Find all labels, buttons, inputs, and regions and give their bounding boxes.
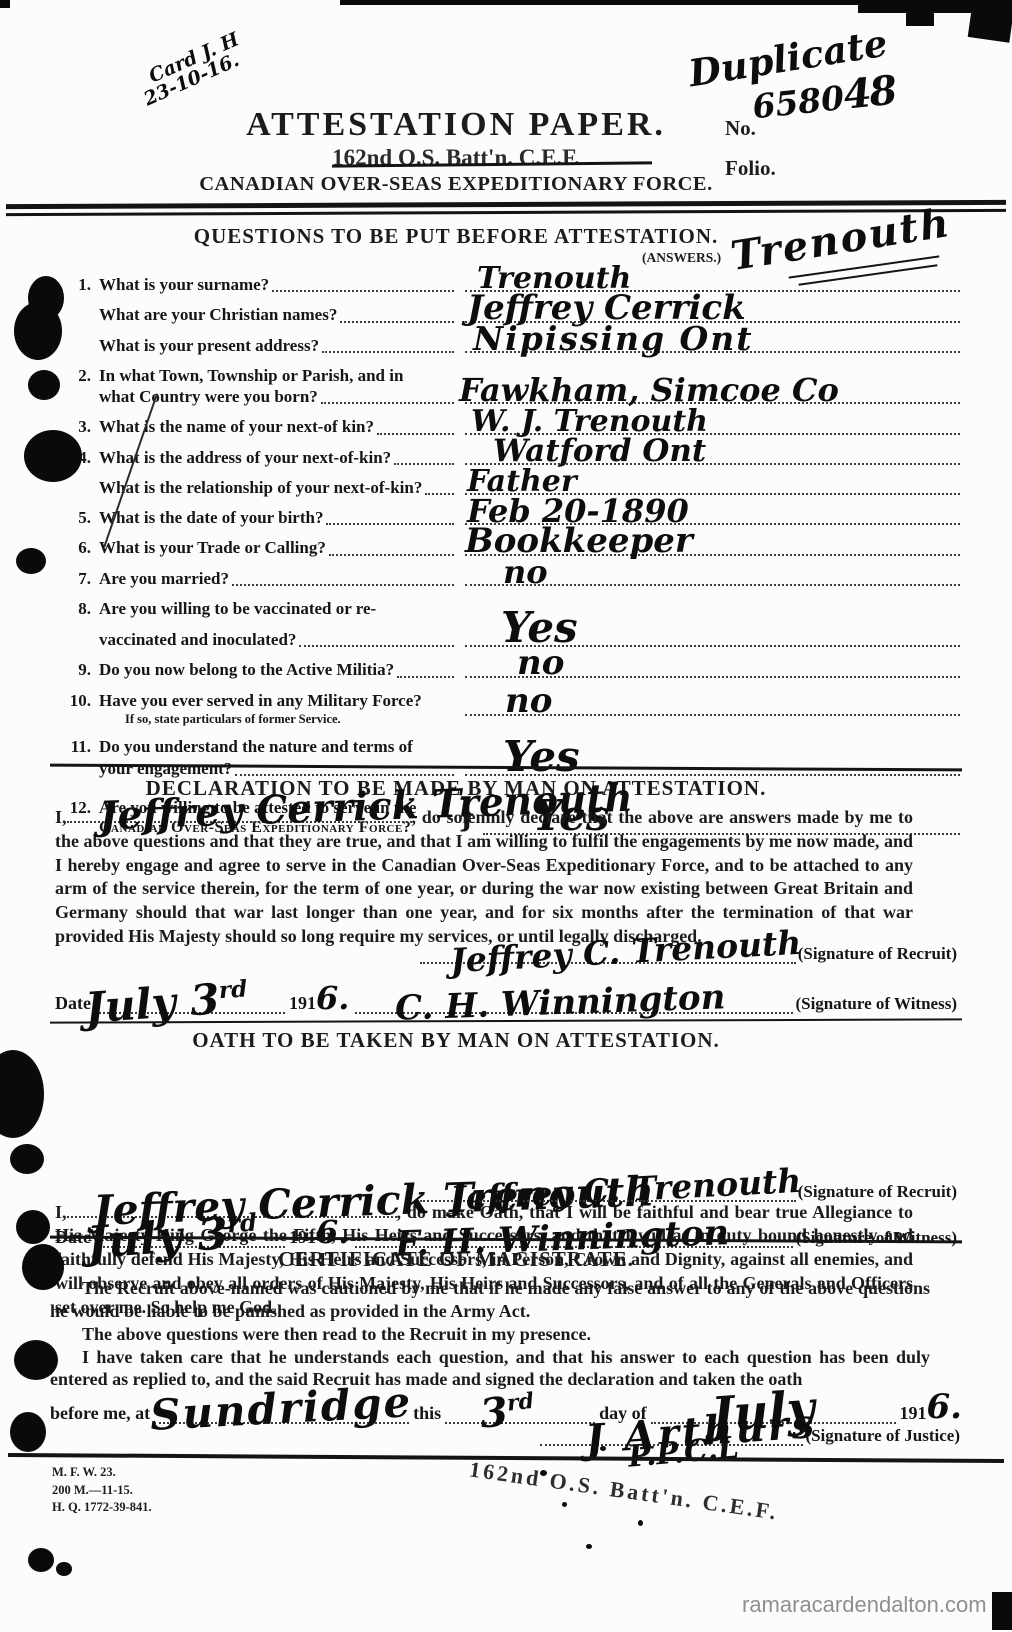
ink-speck <box>540 1470 547 1476</box>
declaration-bold-phrase: Canadian Over-Seas Expeditionary Force, <box>381 855 709 875</box>
justice-signature-label: (Signature of Justice) <box>803 1426 960 1446</box>
ink-blot <box>10 1144 44 1174</box>
answer-engagement: Yes <box>503 736 580 778</box>
answer-line: Nipissing Ont <box>465 343 960 353</box>
ink-blot <box>22 1244 64 1290</box>
question-row-married: 7.Are you married? no <box>55 568 960 589</box>
question-row-militia: 9.Do you now belong to the Active Militi… <box>55 659 960 680</box>
year-prefix: 191 <box>289 993 316 1014</box>
question-number: 5. <box>55 507 99 528</box>
ink-speck <box>586 1544 592 1549</box>
question-text: Are you married? <box>99 568 229 589</box>
date-line: July 3rd <box>95 1004 285 1014</box>
oath-heading: OATH TO BE TAKEN BY MAN ON ATTESTATION. <box>0 1028 912 1053</box>
justice-signature-row: J Arthurs (Signature of Justice) <box>540 1426 960 1446</box>
question-row-engagement: 11.Do you understand the nature and term… <box>55 736 960 779</box>
declaration-recruit-signature-row: Jeffrey C. Trenouth (Signature of Recrui… <box>420 944 957 964</box>
question-text: What is the address of your next-of-kin? <box>99 447 391 468</box>
dotted-leader <box>321 402 454 404</box>
question-text: What is your surname? <box>99 274 269 295</box>
dotted-leader <box>272 290 454 292</box>
signature-line: Jeffrey C. Trenouth <box>420 954 796 964</box>
declaration-date-row: Date July 3rd 1916. C. H. Winnington (Si… <box>55 982 957 1014</box>
question-row-address: What is your present address? Nipissing … <box>55 335 960 356</box>
magistrate-para2: The above questions were then read to th… <box>50 1323 930 1346</box>
magistrate-paragraphs: The Recruit above-named was cautioned by… <box>50 1277 930 1391</box>
answer-birthplace: Fawkham, Simcoe Co <box>459 374 839 406</box>
recruit-signature-label: (Signature of Recruit) <box>796 944 957 964</box>
magistrate-heading: CERTIFICATE OF MAGISTRATE. <box>0 1247 912 1272</box>
answers-label: (ANSWERS.) <box>642 250 721 266</box>
battalion-line: 162nd O.S. Batt'n. C.E.F. <box>0 145 912 171</box>
dotted-leader <box>329 554 454 556</box>
question-text: What is your present address? <box>99 335 319 356</box>
answer-line: Fawkham, Simcoe Co <box>465 394 960 404</box>
ink-blot <box>16 1210 50 1244</box>
question-text-line2: vaccinated and inoculated? <box>99 629 296 650</box>
scan-edge-artifact <box>992 1592 1012 1630</box>
question-text: Do you understand the nature and terms o… <box>99 736 413 757</box>
ink-speck <box>638 1520 643 1526</box>
answer-married: no <box>503 556 548 588</box>
answer-address: Nipissing Ont <box>473 322 754 355</box>
witness-signature-label: (Signature of Witness) <box>793 1228 957 1248</box>
answer-trade: Bookkeeper <box>465 524 693 558</box>
dotted-leader <box>299 645 454 647</box>
dotted-leader <box>322 351 454 353</box>
ink-speck <box>562 1502 567 1507</box>
scan-edge-artifact <box>0 0 10 8</box>
declaration-i-label: I, <box>55 807 67 827</box>
answer-militia: no <box>517 646 564 680</box>
this-label: this <box>413 1403 441 1424</box>
oath-recruit-signature-row: Jeffrey C. Trenouth (Signature of Recrui… <box>420 1182 957 1202</box>
ink-blot <box>16 548 46 574</box>
question-text: What is the name of your next-of kin? <box>99 416 374 437</box>
clerk-note: Card J. H 23-10-16. <box>146 30 249 104</box>
ink-blot <box>14 302 62 360</box>
question-text: What is the relationship of your next-of… <box>99 477 422 498</box>
dotted-leader <box>425 493 454 495</box>
oath-date-row: Date July 3rd 1916. F. H. Winnington (Si… <box>55 1216 957 1248</box>
question-text: What is the date of your birth? <box>99 507 323 528</box>
question-row-military-service: 10.Have you ever served in any Military … <box>55 690 960 728</box>
answer-military-service: no <box>505 684 552 718</box>
question-row-birthplace: 2.In what Town, Township or Parish, and … <box>55 365 960 408</box>
page-title: ATTESTATION PAPER. <box>0 106 912 144</box>
answer-kin-name: W. J. Trenouth <box>471 407 708 437</box>
scan-edge-artifact <box>968 1 1012 42</box>
dotted-leader <box>340 321 454 323</box>
watermark: ramaracardendalton.com <box>742 1592 987 1618</box>
magistrate-para1: The Recruit above-named was cautioned by… <box>50 1277 930 1323</box>
day-ordinal: rd <box>506 1388 536 1417</box>
form-code-line: M. F. W. 23. <box>52 1464 152 1482</box>
date-ordinal: rd <box>218 975 248 1004</box>
date-ordinal: rd <box>226 1207 258 1238</box>
question-text: What are your Christian names? <box>99 304 337 325</box>
question-number: 11. <box>55 736 99 757</box>
oath-year-digit: 6. <box>316 1216 349 1248</box>
question-row-vaccinated: 8.Are you willing to be vaccinated or re… <box>55 598 960 651</box>
witness-signature-line: C. H. Winnington <box>355 1004 793 1014</box>
witness-signature-label: (Signature of Witness) <box>793 994 957 1014</box>
dotted-leader <box>326 523 454 525</box>
place-line: Sundridge <box>154 1414 409 1424</box>
question-text: Are you willing to be vaccinated or re- <box>99 598 376 619</box>
recruit-signature-label: (Signature of Recruit) <box>796 1182 957 1202</box>
ink-blot <box>28 370 60 400</box>
ink-blot <box>24 430 82 482</box>
year-prefix: 191 <box>900 1403 927 1424</box>
questions-list: 1.What is your surname? Trenouth What ar… <box>55 274 960 847</box>
ink-blot <box>10 1412 46 1452</box>
scan-edge-artifact <box>906 0 934 26</box>
question-subnote: If so, state particulars of former Servi… <box>55 712 457 728</box>
question-number: 2. <box>55 365 99 386</box>
day-line: 3rd <box>445 1414 595 1424</box>
question-text-line2: what Country were you born? <box>99 386 318 407</box>
ink-speck <box>600 1446 606 1451</box>
before-me-label: before me, at <box>50 1403 150 1424</box>
header-rule-thick <box>6 200 1006 209</box>
attestation-paper-scan: Card J. H 23-10-16. Duplicate 658048 No.… <box>0 0 1012 1632</box>
form-code-line: H. Q. 1772-39-841. <box>52 1499 152 1517</box>
ink-blot <box>56 1562 72 1576</box>
question-text: In what Town, Township or Parish, and in <box>99 365 403 386</box>
dotted-leader <box>397 676 454 678</box>
answer-kin-address: Watford Ont <box>493 436 706 467</box>
question-number: 10. <box>55 690 99 711</box>
dotted-leader <box>232 584 454 586</box>
declaration-year-digit: 6. <box>316 982 349 1014</box>
battalion-stamp: 162nd O.S. Batt'n. C.E.F. <box>468 1456 781 1525</box>
justice-note: P.P.C.L <box>627 1433 740 1473</box>
question-text: Do you now belong to the Active Militia? <box>99 659 394 680</box>
question-text: Have you ever served in any Military For… <box>99 690 422 711</box>
place-written: Sundridge <box>149 1381 413 1437</box>
dotted-leader <box>394 463 454 465</box>
day-written: 3rd <box>478 1389 537 1435</box>
dotted-leader <box>377 433 454 435</box>
magistrate-place-date-row: before me, at Sundridge this 3rd day of … <box>50 1390 962 1424</box>
question-text: What is your Trade or Calling? <box>99 537 326 558</box>
scan-edge-artifact <box>340 0 885 5</box>
question-number: 6. <box>55 537 99 558</box>
signature-line: Jeffrey C. Trenouth <box>420 1192 796 1202</box>
answer-line: no <box>465 576 960 586</box>
question-number: 7. <box>55 568 99 589</box>
form-codes: M. F. W. 23. 200 M.—11-15. H. Q. 1772-39… <box>52 1464 152 1517</box>
ink-blot <box>28 1548 54 1572</box>
ink-blot <box>0 1050 44 1138</box>
ink-blot <box>14 1340 58 1380</box>
answer-line: no <box>465 706 960 716</box>
form-code-line: 200 M.—11-15. <box>52 1482 152 1500</box>
question-number: 9. <box>55 659 99 680</box>
answer-line: no <box>465 668 960 678</box>
magistrate-year-digit: 6. <box>927 1390 963 1424</box>
question-number: 8. <box>55 598 99 619</box>
force-line: CANADIAN OVER-SEAS EXPEDITIONARY FORCE. <box>0 173 912 196</box>
